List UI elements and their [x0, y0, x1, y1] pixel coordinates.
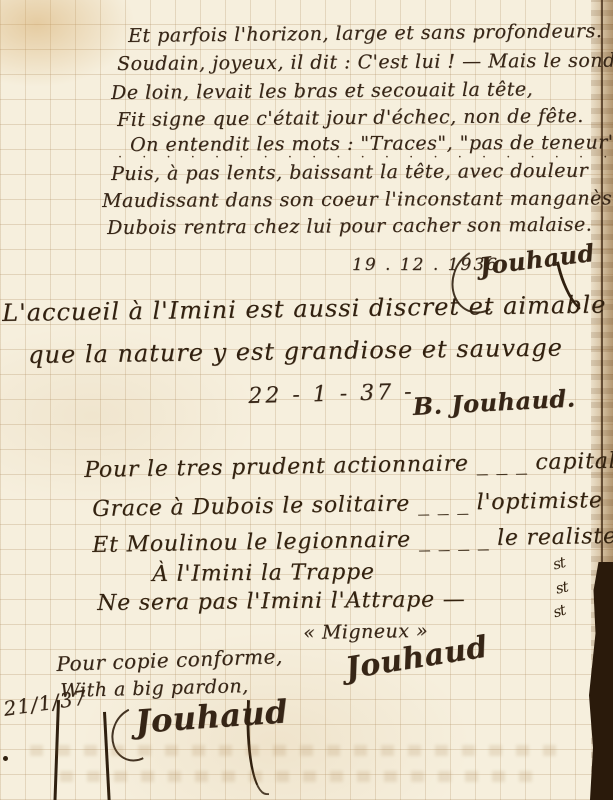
- poem-line: Puis, à pas lents, baissant la tête, ave…: [111, 160, 588, 185]
- tribute-signature: B. Jouhaud.: [412, 383, 576, 420]
- manuscript-page: Et parfois l'horizon, large et sans prof…: [0, 0, 613, 800]
- ink-dot: [3, 756, 8, 761]
- page-edge-line: [601, 0, 603, 570]
- bleedthrough-text: [30, 745, 570, 756]
- closing-line: Pour copie conforme,: [56, 644, 283, 676]
- poem-line: Maudissant dans son coeur l'inconstant m…: [102, 187, 613, 212]
- margin-scribble: st: [551, 553, 567, 573]
- poem-line: Fit signe que c'était jour d'échec, non …: [117, 105, 584, 131]
- poem-line: Dubois rentra chez lui pour cacher son m…: [107, 214, 592, 239]
- margin-date: 21/1/37: [2, 685, 89, 720]
- bleedthrough-text: [60, 771, 540, 782]
- poem-line: Soudain, joyeux, il dit : C'est lui ! — …: [117, 49, 613, 75]
- tribute-date: 22 - 1 - 37 -: [248, 380, 415, 409]
- epigram-line: À l'Imini la Trappe: [152, 560, 375, 587]
- epigram-line: Et Moulinou le legionnaire _ _ _ _ le re…: [92, 524, 613, 558]
- epigram-line: Ne sera pas l'Imini l'Attrape —: [97, 587, 466, 616]
- epigram-line: Pour le tres prudent actionnaire _ _ _ c…: [84, 448, 613, 483]
- poem-line: Et parfois l'horizon, large et sans prof…: [128, 20, 602, 47]
- margin-scribble: st: [551, 601, 567, 622]
- margin-scribble: st: [554, 578, 569, 598]
- epigram-line: Grace à Dubois le solitaire _ _ _ l'opti…: [92, 488, 603, 522]
- poem-line: De loin, levait les bras et secouait la …: [111, 78, 533, 104]
- tribute-line: L'accueil à l'Imini est aussi discret et…: [2, 291, 607, 327]
- tribute-line: que la nature y est grandiose et sauvage: [28, 334, 563, 369]
